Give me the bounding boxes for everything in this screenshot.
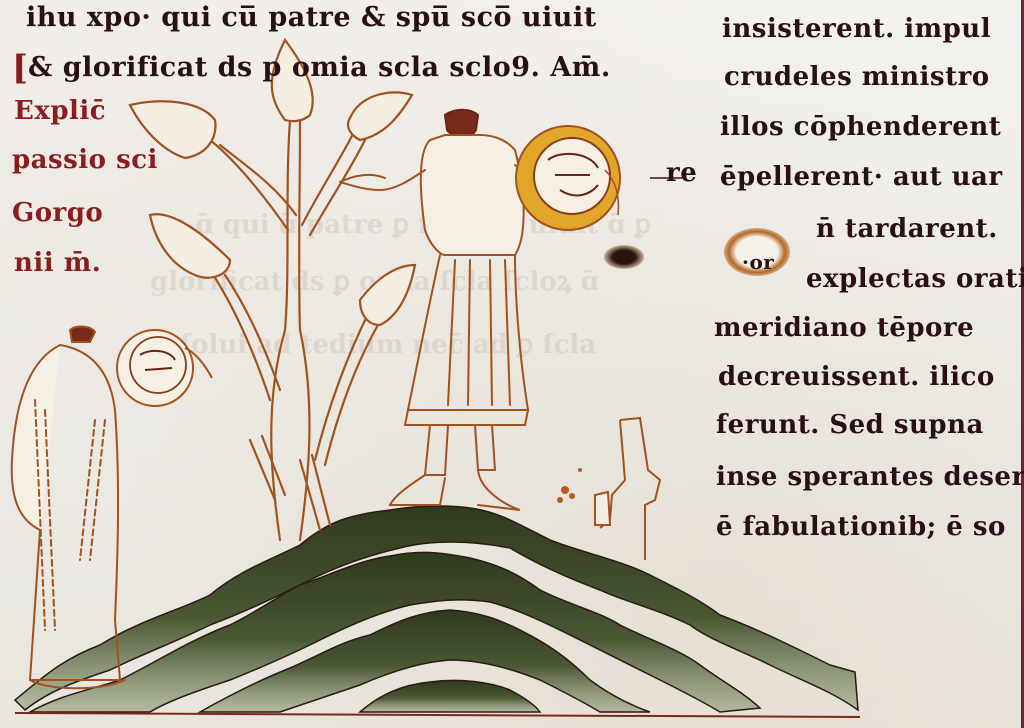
margin-note-re: re	[666, 158, 697, 188]
column-line: illos cōphenderent	[720, 112, 1001, 142]
column-line: crudeles ministro	[724, 62, 990, 92]
column-line: n̄ tardarent.	[816, 214, 998, 244]
margin-note-or: ·or	[742, 250, 774, 274]
column-line: inse sperantes deser	[716, 462, 1024, 492]
column-line: insisterent. impul	[722, 14, 991, 44]
rubric-line: Gorgo	[12, 198, 103, 228]
ground-line	[15, 713, 860, 717]
rubric-line: Explic̄	[14, 96, 106, 126]
column-line: ē fabulationib; ē so	[716, 512, 1006, 542]
column-line: explectas orati	[806, 264, 1024, 294]
bowing-saint-figure	[12, 326, 125, 688]
haloed-head-held	[516, 126, 620, 230]
blood-drops	[557, 468, 582, 503]
column-line: meridiano tēpore	[714, 313, 974, 343]
haloed-head-left	[117, 330, 212, 406]
column-line: ēpellerent· aut uar	[720, 162, 1003, 192]
rubric-line: nii m̄.	[14, 248, 101, 278]
tree-stump	[595, 418, 660, 560]
stylized-tree	[130, 40, 415, 540]
rubric-bracket: [	[12, 48, 29, 88]
column-line: ferunt. Sed supna	[716, 410, 984, 440]
column-line: decreuissent. ilico	[718, 362, 995, 392]
text-line-1: ihu xpo· qui cu̅ patre & spu̅ sco̅ uiuit	[26, 2, 597, 33]
stain-hole	[604, 245, 644, 269]
text-line-2: & glorificat ds p omia scla sclo9. Am̄.	[28, 52, 611, 83]
rubric-line: passio sci	[12, 145, 158, 175]
